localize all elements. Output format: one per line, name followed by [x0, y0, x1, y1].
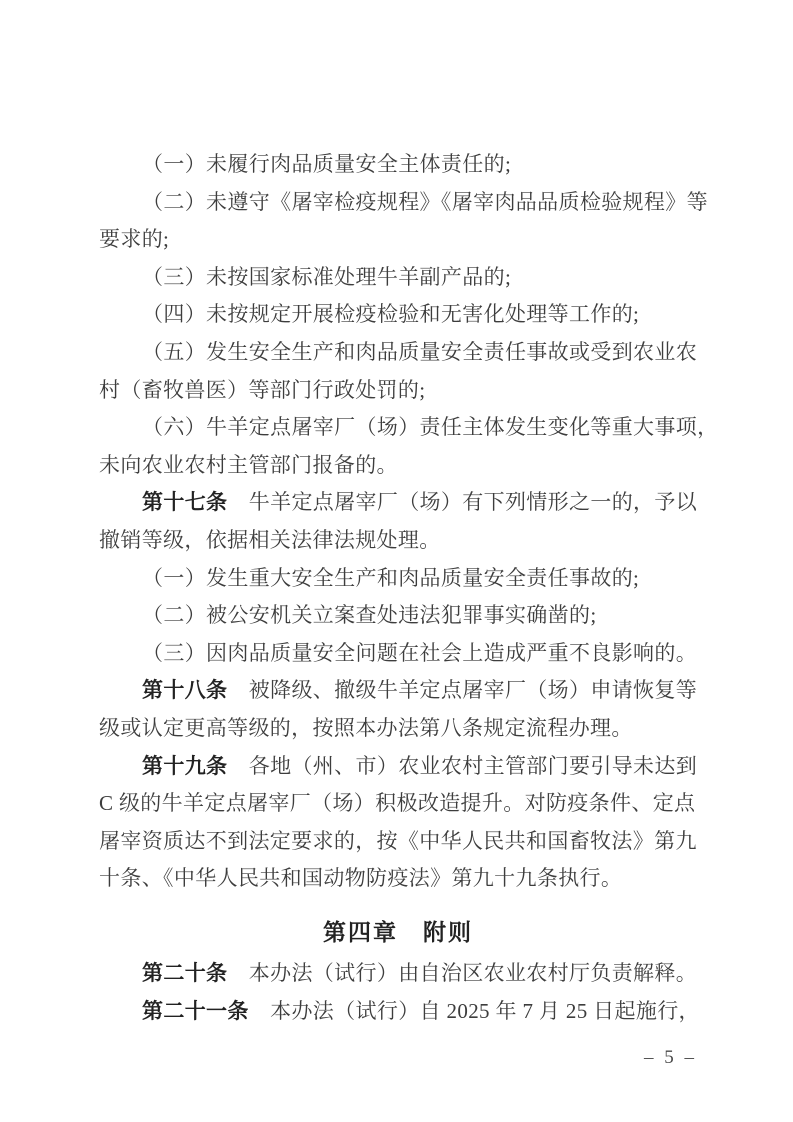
body-line: （二）未遵守《屠宰检疫规程》《屠宰肉品品质检验规程》等: [99, 184, 697, 222]
body-line: 第二十条 本办法（试行）由自治区农业农村厅负责解释。: [99, 955, 697, 993]
body-line: （四）未按规定开展检疫检验和无害化处理等工作的;: [99, 296, 697, 334]
body-line: 第二十一条 本办法（试行）自 2025 年 7 月 25 日起施行，: [99, 993, 697, 1031]
line-text: 撤销等级，依据相关法律法规处理。: [99, 528, 441, 552]
line-text: 各地（州、市）农业农村主管部门要引导未达到: [227, 754, 697, 778]
line-text: 要求的;: [99, 227, 169, 251]
chapter-heading: 第四章 附则: [99, 914, 697, 952]
line-text: 未向农业农村主管部门报备的。: [99, 453, 398, 477]
line-text: （三）因肉品质量安全问题在社会上造成严重不良影响的。: [142, 641, 697, 665]
line-text: 本办法（试行）由自治区农业农村厅负责解释。: [227, 961, 697, 985]
line-text: 级或认定更高等级的，按照本办法第八条规定流程办理。: [99, 716, 633, 740]
page-number: – 5 –: [644, 1047, 697, 1069]
article-number: 第二十条: [142, 962, 227, 985]
body-line: （一）未履行肉品质量安全主体责任的;: [99, 146, 697, 184]
line-text: （一）未履行肉品质量安全主体责任的;: [142, 152, 511, 176]
body-line: C 级的牛羊定点屠宰厂（场）积极改造提升。对防疫条件、定点: [99, 785, 697, 823]
body-line: 十条、《中华人民共和国动物防疫法》第九十九条执行。: [99, 860, 697, 898]
line-text: 牛羊定点屠宰厂（场）有下列情形之一的，予以: [227, 490, 697, 514]
article-number: 第二十一条: [142, 1000, 249, 1023]
body-line: 第十九条 各地（州、市）农业农村主管部门要引导未达到: [99, 748, 697, 786]
line-text: 十条、《中华人民共和国动物防疫法》第九十九条执行。: [99, 866, 622, 890]
body-line: 要求的;: [99, 221, 697, 259]
line-text: 被降级、撤级牛羊定点屠宰厂（场）申请恢复等: [227, 678, 697, 702]
line-text: （六）牛羊定点屠宰厂（场）责任主体发生变化等重大事项，: [142, 415, 718, 439]
line-text: 本办法（试行）自 2025 年 7 月 25 日起施行，: [249, 999, 700, 1023]
line-text: （一）发生重大安全生产和肉品质量安全责任事故的;: [142, 566, 639, 590]
line-text: 屠宰资质达不到法定要求的，按《中华人民共和国畜牧法》第九: [99, 829, 697, 853]
body-line: （三）未按国家标准处理牛羊副产品的;: [99, 259, 697, 297]
line-text: （二）未遵守《屠宰检疫规程》《屠宰肉品品质检验规程》等: [142, 190, 708, 214]
body-line: 第十八条 被降级、撤级牛羊定点屠宰厂（场）申请恢复等: [99, 672, 697, 710]
body-line: （六）牛羊定点屠宰厂（场）责任主体发生变化等重大事项，: [99, 409, 697, 447]
document-body: （一）未履行肉品质量安全主体责任的; （二）未遵守《屠宰检疫规程》《屠宰肉品品质…: [99, 146, 697, 1031]
line-text: （三）未按国家标准处理牛羊副产品的;: [142, 265, 511, 289]
body-line: 屠宰资质达不到法定要求的，按《中华人民共和国畜牧法》第九: [99, 823, 697, 861]
line-text: 村（畜牧兽医）等部门行政处罚的;: [99, 378, 425, 402]
body-line: （二）被公安机关立案查处违法犯罪事实确凿的;: [99, 597, 697, 635]
body-line: 第十七条 牛羊定点屠宰厂（场）有下列情形之一的，予以: [99, 484, 697, 522]
body-line: （三）因肉品质量安全问题在社会上造成严重不良影响的。: [99, 635, 697, 673]
line-text: （四）未按规定开展检疫检验和无害化处理等工作的;: [142, 302, 639, 326]
line-text: C 级的牛羊定点屠宰厂（场）积极改造提升。对防疫条件、定点: [99, 791, 695, 815]
body-line: （五）发生安全生产和肉品质量安全责任事故或受到农业农: [99, 334, 697, 372]
body-line: （一）发生重大安全生产和肉品质量安全责任事故的;: [99, 560, 697, 598]
document-page: （一）未履行肉品质量安全主体责任的; （二）未遵守《屠宰检疫规程》《屠宰肉品品质…: [0, 0, 793, 1122]
body-line: 撤销等级，依据相关法律法规处理。: [99, 522, 697, 560]
body-line: 村（畜牧兽医）等部门行政处罚的;: [99, 372, 697, 410]
body-line: 未向农业农村主管部门报备的。: [99, 447, 697, 485]
article-number: 第十九条: [142, 755, 227, 778]
line-text: （二）被公安机关立案查处违法犯罪事实确凿的;: [142, 603, 597, 627]
line-text: （五）发生安全生产和肉品质量安全责任事故或受到农业农: [142, 340, 697, 364]
article-number: 第十七条: [142, 491, 227, 514]
body-line: 级或认定更高等级的，按照本办法第八条规定流程办理。: [99, 710, 697, 748]
article-number: 第十八条: [142, 679, 227, 702]
